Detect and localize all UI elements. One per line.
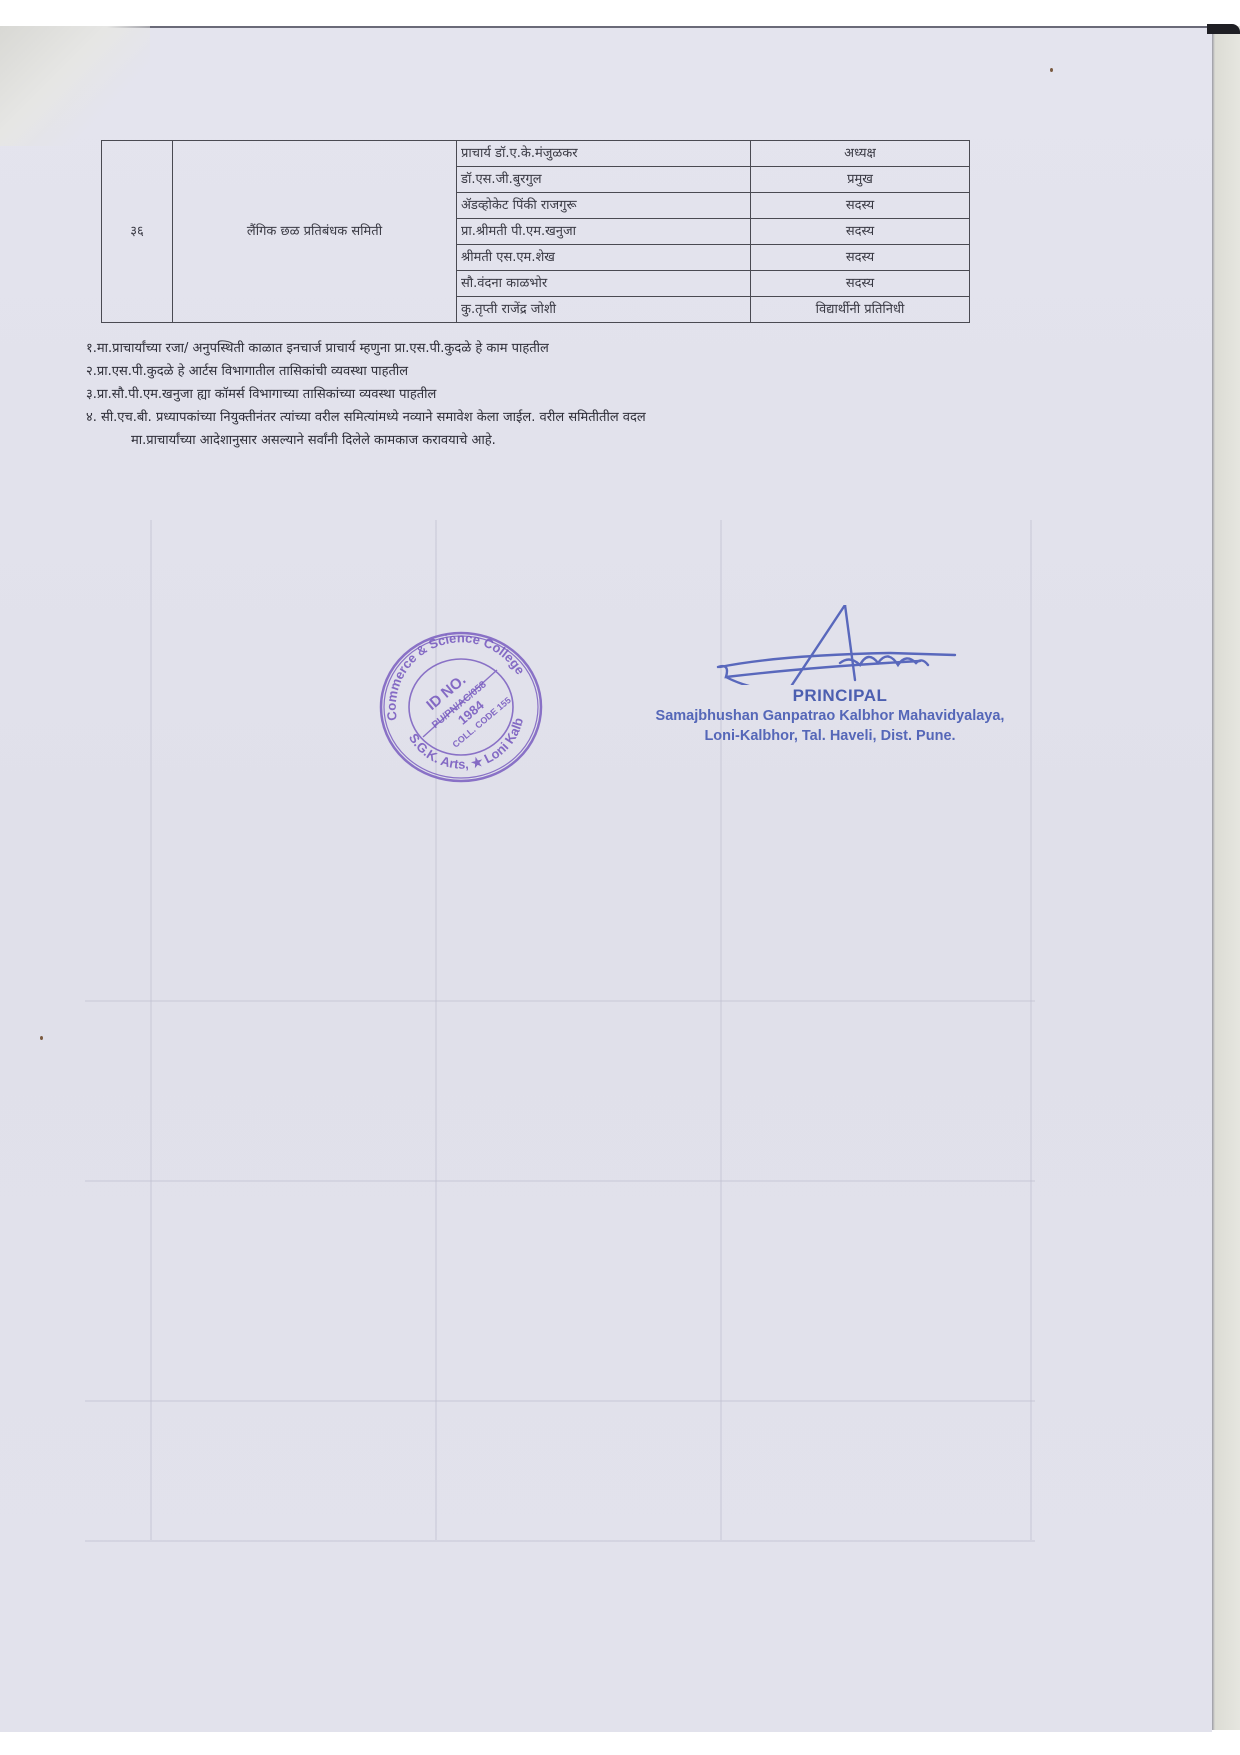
show-through-line xyxy=(150,520,152,1540)
member-name-cell: श्रीमती एस.एम.शेख xyxy=(457,245,751,271)
member-name-cell: प्रा.श्रीमती पी.एम.खनुजा xyxy=(457,219,751,245)
note-2: २.प्रा.एस.पी.कुदळे हे आर्टस विभागातील ता… xyxy=(86,360,966,383)
paper-speck xyxy=(40,1036,43,1040)
member-role-cell: सदस्य xyxy=(751,271,970,297)
note-4-continued: मा.प्राचार्यांच्या आदेशानुसार असल्याने स… xyxy=(86,429,966,452)
member-name-cell: डॉ.एस.जी.बुरगुल xyxy=(457,167,751,193)
member-role-cell: सदस्य xyxy=(751,245,970,271)
principal-signature-block: PRINCIPAL Samajbhushan Ganpatrao Kalbhor… xyxy=(640,686,1020,746)
member-role-cell: सदस्य xyxy=(751,193,970,219)
member-name-cell: कु.तृप्ती राजेंद्र जोशी xyxy=(457,297,751,323)
college-address: Loni-Kalbhor, Tal. Haveli, Dist. Pune. xyxy=(640,726,1020,746)
show-through-line xyxy=(85,1180,1035,1182)
principal-signature xyxy=(690,605,990,685)
show-through-line xyxy=(85,1540,1035,1542)
table-row: ३६लैंगिक छळ प्रतिबंधक समितीप्राचार्य डॉ.… xyxy=(102,141,970,167)
show-through-line xyxy=(85,1000,1035,1002)
college-name: Samajbhushan Ganpatrao Kalbhor Mahavidya… xyxy=(640,706,1020,726)
page-edge xyxy=(1212,26,1240,1730)
principal-title: PRINCIPAL xyxy=(660,686,1020,706)
member-role-cell: सदस्य xyxy=(751,219,970,245)
serial-number-cell: ३६ xyxy=(102,141,173,323)
page-fold-shadow xyxy=(0,26,150,146)
note-3: ३.प्रा.सौ.पी.एम.खनुजा ह्या कॉमर्स विभागा… xyxy=(86,383,966,406)
committee-table: ३६लैंगिक छळ प्रतिबंधक समितीप्राचार्य डॉ.… xyxy=(101,140,970,323)
member-name-cell: प्राचार्य डॉ.ए.के.मंजुळकर xyxy=(457,141,751,167)
member-role-cell: विद्यार्थीनी प्रतिनिधी xyxy=(751,297,970,323)
member-role-cell: अध्यक्ष xyxy=(751,141,970,167)
note-4: ४. सी.एच.बी. प्रध्यापकांच्या नियुक्तीनंत… xyxy=(86,406,966,429)
page-corner xyxy=(1207,24,1240,34)
show-through-line xyxy=(85,1400,1035,1402)
member-name-cell: ॲडव्होकेट पिंकी राजगुरू xyxy=(457,193,751,219)
college-seal-stamp: Commerce & Science College S.G.K. Arts, … xyxy=(375,625,545,785)
member-name-cell: सौ.वंदना काळभोर xyxy=(457,271,751,297)
show-through-line xyxy=(1030,520,1032,1540)
note-1: १.मा.प्राचार्यांच्या रजा/ अनुपस्थिती काळ… xyxy=(86,337,966,360)
committee-name-cell: लैंगिक छळ प्रतिबंधक समिती xyxy=(173,141,457,323)
paper-speck xyxy=(1050,68,1053,72)
notes-section: १.मा.प्राचार्यांच्या रजा/ अनुपस्थिती काळ… xyxy=(86,337,966,452)
member-role-cell: प्रमुख xyxy=(751,167,970,193)
